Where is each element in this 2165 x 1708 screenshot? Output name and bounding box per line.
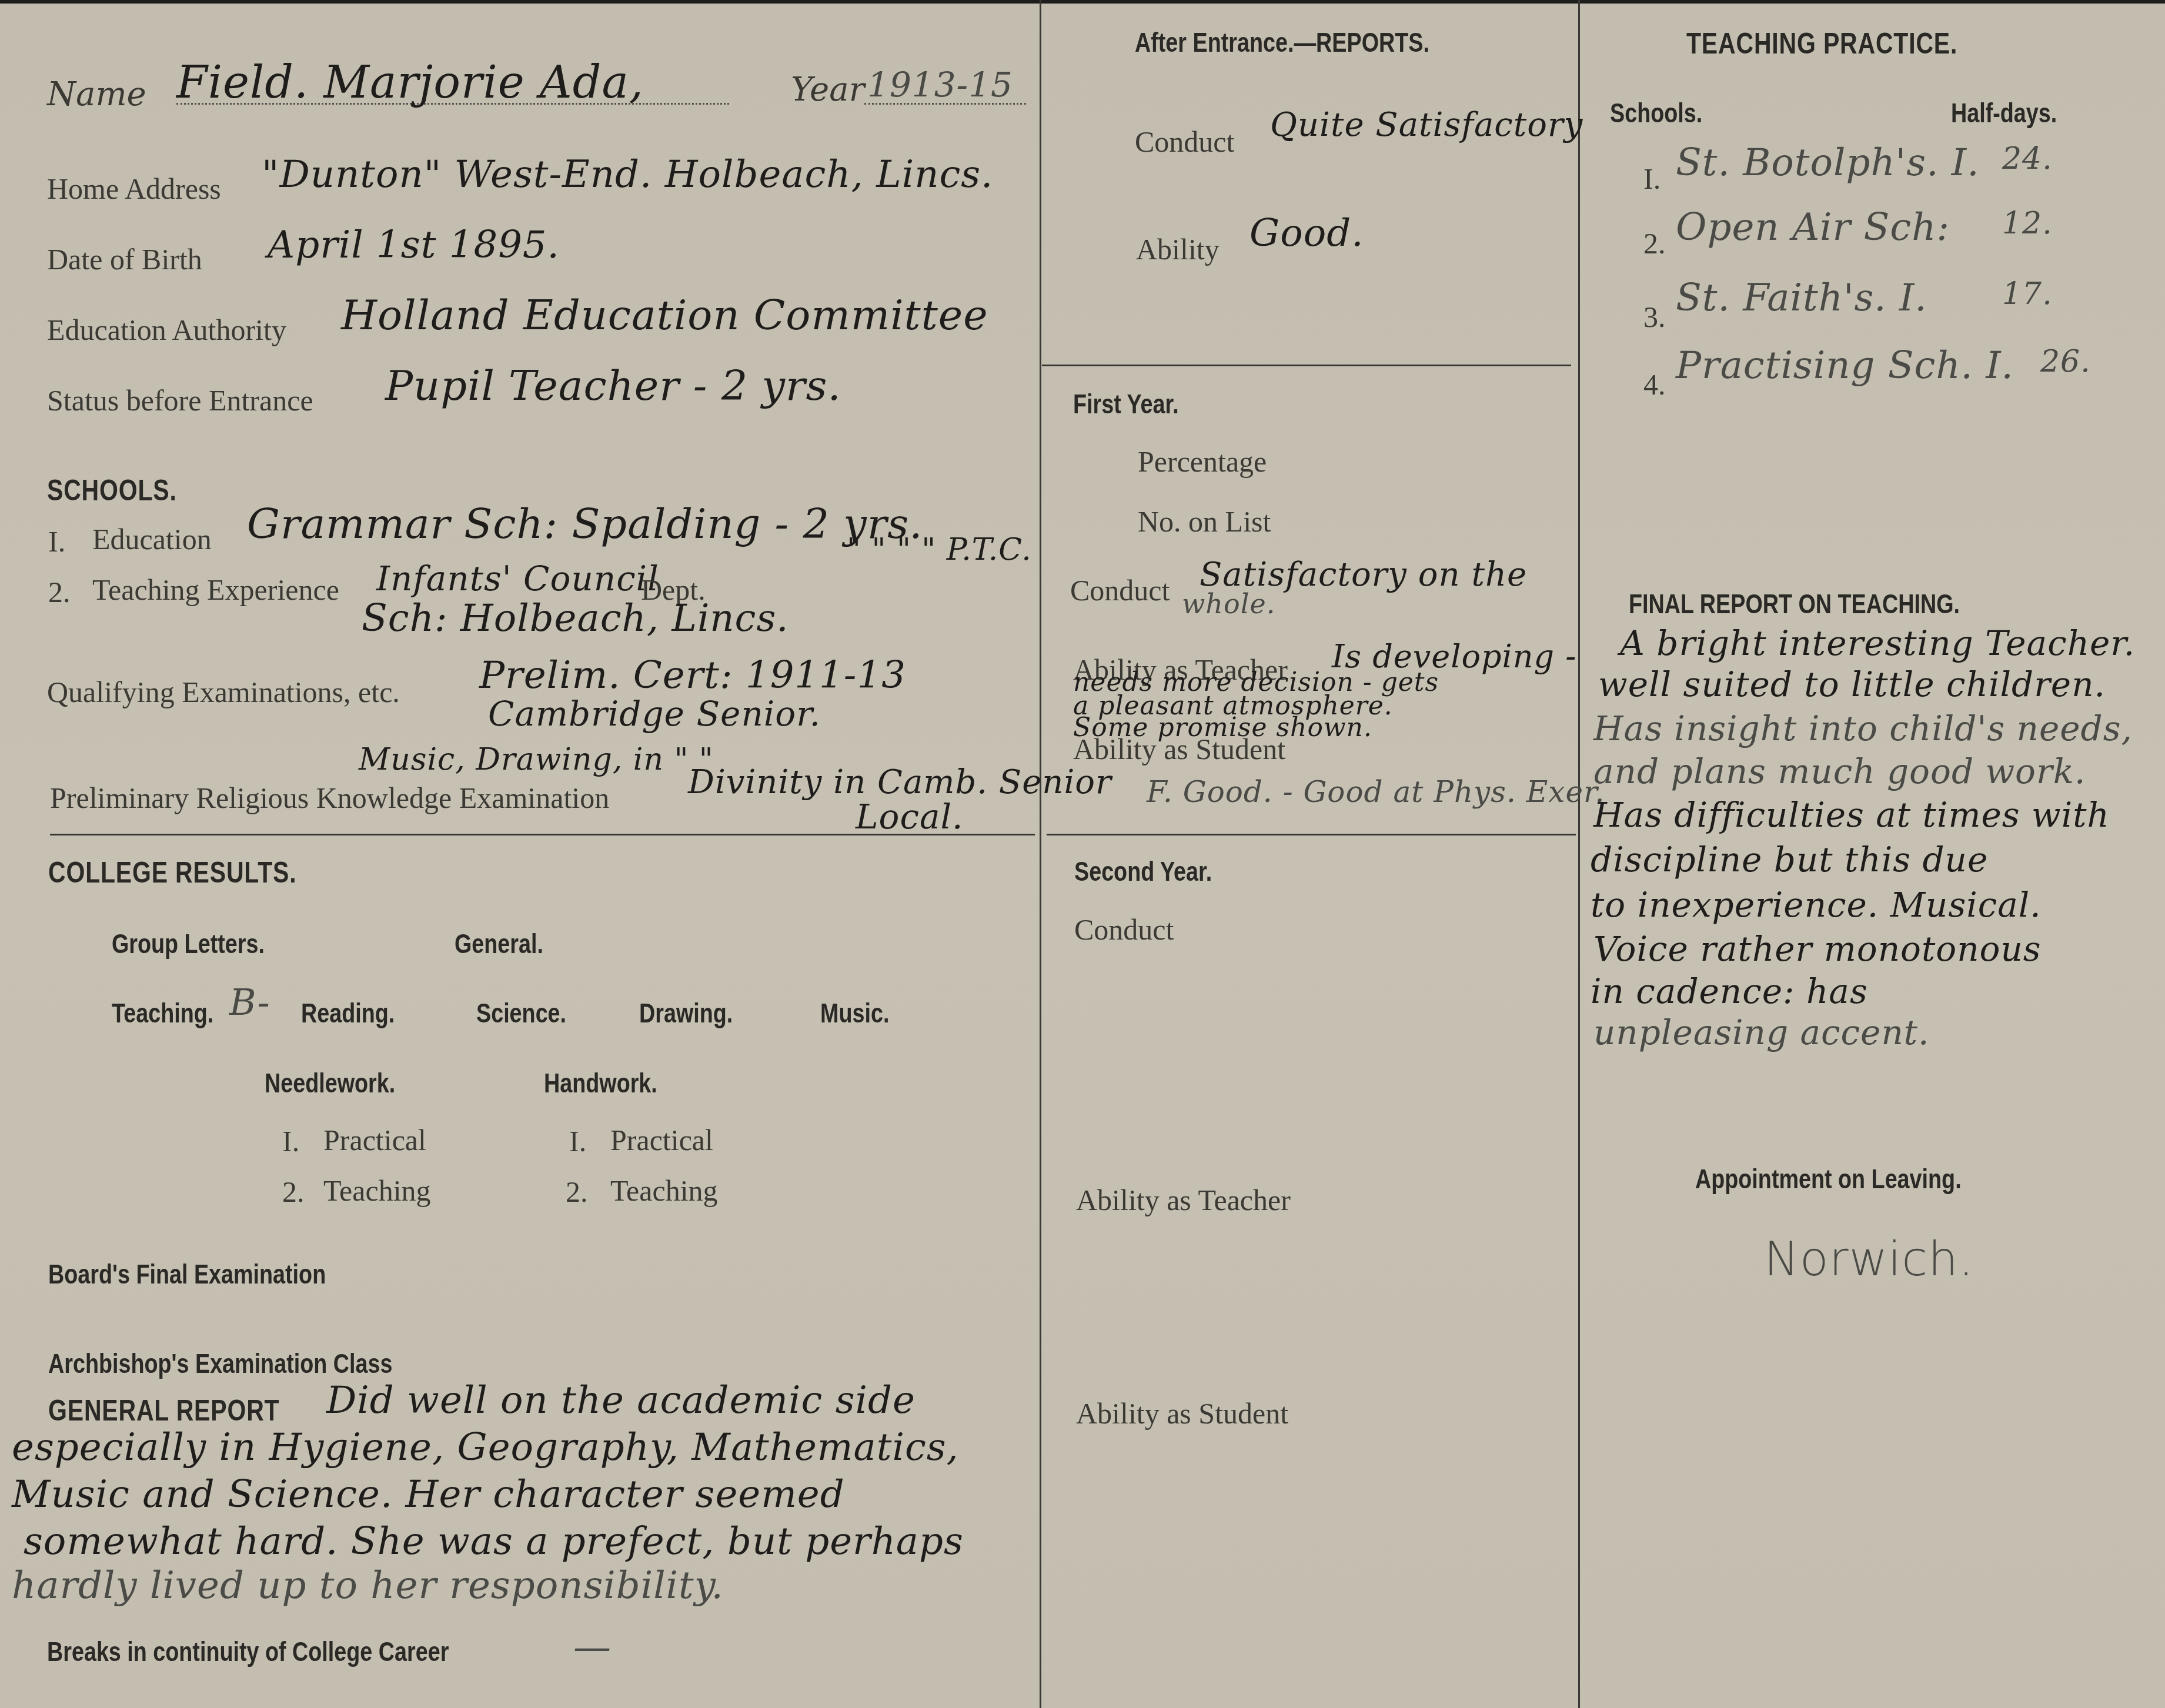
education-value: Grammar Sch: Spalding - 2 yrs. <box>247 500 923 548</box>
general-report-line-2: especially in Hygiene, Geography, Mathem… <box>12 1426 959 1469</box>
subject-teaching-grade: B- <box>229 981 270 1024</box>
rule-first-year <box>1042 365 1571 366</box>
entrance-conduct-label: Conduct <box>1135 125 1234 159</box>
final-report-line-6: discipline but this due <box>1591 840 1988 880</box>
year-label: Year <box>791 71 864 109</box>
handwork-1-num: I. <box>569 1124 586 1158</box>
appointment-value: Norwich. <box>1764 1232 1974 1286</box>
needlework-2-num: 2. <box>282 1175 305 1209</box>
second-year-teacher-label: Ability as Teacher <box>1076 1183 1291 1217</box>
home-address-value: "Dunton" West-End. Holbeach, Lincs. <box>262 153 993 196</box>
practice-4-num: 4. <box>1643 367 1666 402</box>
school-2-number: 2. <box>48 575 71 609</box>
qualifying-line-3: Music, Drawing, in " " <box>359 742 714 777</box>
needlework-label: Needlework. <box>265 1067 395 1099</box>
practice-1-halfdays: 24. <box>2002 141 2053 176</box>
teaching-experience-value: Infants' Council <box>376 559 659 599</box>
subject-music-label: Music. <box>820 997 889 1029</box>
breaks-label: Breaks in continuity of College Career <box>47 1636 449 1667</box>
status-label: Status before Entrance <box>47 383 313 417</box>
first-year-student-value: F. Good. - Good at Phys. Exer. <box>1147 775 1605 809</box>
needlework-1-num: I. <box>282 1124 299 1158</box>
practice-3-school: St. Faith's. I. <box>1676 276 1927 320</box>
college-results-heading: COLLEGE RESULTS. <box>48 855 296 890</box>
practice-3-halfdays: 17. <box>2002 276 2053 312</box>
status-value: Pupil Teacher - 2 yrs. <box>385 362 841 410</box>
teaching-experience-label: Teaching Experience <box>92 573 339 607</box>
first-year-conduct-label: Conduct <box>1070 573 1170 607</box>
practice-1-school: St. Botolph's. I. <box>1676 141 1979 185</box>
qualifying-line-2: Cambridge Senior. <box>488 694 821 734</box>
practice-2-halfdays: 12. <box>2002 206 2053 241</box>
entrance-ability-value: Good. <box>1249 212 1364 255</box>
prk-value-2: Local. <box>856 797 963 837</box>
dob-value: April 1st 1895. <box>268 223 560 267</box>
final-report-heading: FINAL REPORT ON TEACHING. <box>1629 588 1960 620</box>
general-report-line-4: somewhat hard. She was a prefect, but pe… <box>24 1520 964 1563</box>
practice-4-school: Practising Sch. I. <box>1676 344 2014 387</box>
education-authority-value: Holland Education Committee <box>341 291 988 339</box>
first-year-conduct-value-2: whole. <box>1182 588 1275 620</box>
group-letters-label: Group Letters. <box>112 928 265 960</box>
first-year-student-label: Ability as Student <box>1073 732 1285 766</box>
final-report-line-5: Has difficulties at times with <box>1593 795 2110 835</box>
handwork-teaching: Teaching <box>610 1174 718 1208</box>
qualifying-line-1: Prelim. Cert: 1911-13 <box>479 654 906 697</box>
handwork-2-num: 2. <box>566 1175 588 1209</box>
entrance-conduct-value: Quite Satisfactory <box>1270 106 1583 144</box>
column-divider-left <box>1040 0 1041 1708</box>
education-value-ditto: " " " " P.T.C. <box>847 532 1032 567</box>
final-report-line-3: Has insight into child's needs, <box>1593 708 2133 748</box>
name-value: Field. Marjorie Ada, <box>176 56 644 108</box>
second-year-student-label: Ability as Student <box>1076 1396 1288 1430</box>
general-report-line-3: Music and Science. Her character seemed <box>12 1473 845 1516</box>
home-address-label: Home Address <box>47 172 221 206</box>
subject-drawing-label: Drawing. <box>639 997 733 1029</box>
prk-label: Preliminary Religious Knowledge Examinat… <box>50 781 609 815</box>
breaks-value: — <box>573 1626 612 1669</box>
final-report-line-4: and plans much good work. <box>1593 751 2086 791</box>
second-year-heading: Second Year. <box>1074 855 1212 887</box>
general-report-line-5: hardly lived up to her responsibility. <box>12 1564 724 1607</box>
needlework-teaching: Teaching <box>323 1174 431 1208</box>
education-authority-label: Education Authority <box>47 313 286 347</box>
top-edge <box>0 0 2165 4</box>
handwork-practical: Practical <box>610 1123 713 1157</box>
practice-1-num: I. <box>1643 162 1660 196</box>
practice-4-halfdays: 26. <box>2040 344 2091 379</box>
schools-heading: SCHOOLS. <box>47 473 177 507</box>
year-value: 1913-15 <box>867 65 1013 105</box>
final-report-line-1: A bright interesting Teacher. <box>1620 623 2135 663</box>
handwork-label: Handwork. <box>544 1067 657 1099</box>
qualifying-exams-label: Qualifying Examinations, etc. <box>47 675 400 709</box>
needlework-practical: Practical <box>323 1123 426 1157</box>
entrance-ability-label: Ability <box>1136 232 1220 266</box>
teaching-practice-heading: TEACHING PRACTICE. <box>1686 26 1957 61</box>
first-year-heading: First Year. <box>1073 388 1179 420</box>
halfdays-column-header: Half-days. <box>1951 97 2057 129</box>
education-label: Education <box>92 522 212 556</box>
final-report-line-8: Voice rather monotonous <box>1593 929 2042 969</box>
general-report-label: GENERAL REPORT <box>48 1393 279 1428</box>
practice-3-num: 3. <box>1643 300 1666 334</box>
school-1-number: I. <box>48 524 65 559</box>
second-year-conduct-label: Conduct <box>1074 913 1174 947</box>
subject-reading-label: Reading. <box>301 997 395 1029</box>
dob-label: Date of Birth <box>47 242 202 276</box>
teaching-experience-value-2: Sch: Holbeach, Lincs. <box>362 597 789 640</box>
general-report-line-1: Did well on the academic side <box>326 1379 916 1422</box>
prk-value: Divinity in Camb. Senior <box>688 763 1112 801</box>
archbishop-label: Archbishop's Examination Class <box>48 1348 392 1379</box>
no-on-list-label: No. on List <box>1138 504 1271 539</box>
appointment-heading: Appointment on Leaving. <box>1695 1163 1962 1195</box>
practice-2-school: Open Air Sch: <box>1676 206 1950 249</box>
practice-2-num: 2. <box>1643 226 1666 260</box>
rule-second-year <box>1047 834 1576 835</box>
column-divider-right <box>1578 0 1580 1708</box>
subject-science-label: Science. <box>476 997 566 1029</box>
final-report-line-2: well suited to little children. <box>1598 664 2106 704</box>
name-label: Name <box>47 75 146 113</box>
final-report-line-9: in cadence: has <box>1591 971 1868 1011</box>
boards-final-label: Board's Final Examination <box>48 1258 326 1290</box>
subject-teaching-label: Teaching. <box>112 997 213 1029</box>
general-label: General. <box>455 928 543 960</box>
final-report-line-10: unpleasing accent. <box>1593 1012 1930 1052</box>
schools-column-header: Schools. <box>1610 97 1702 129</box>
reports-heading: After Entrance.—REPORTS. <box>1135 26 1429 58</box>
percentage-label: Percentage <box>1138 444 1267 479</box>
final-report-line-7: to inexperience. Musical. <box>1591 885 2042 925</box>
